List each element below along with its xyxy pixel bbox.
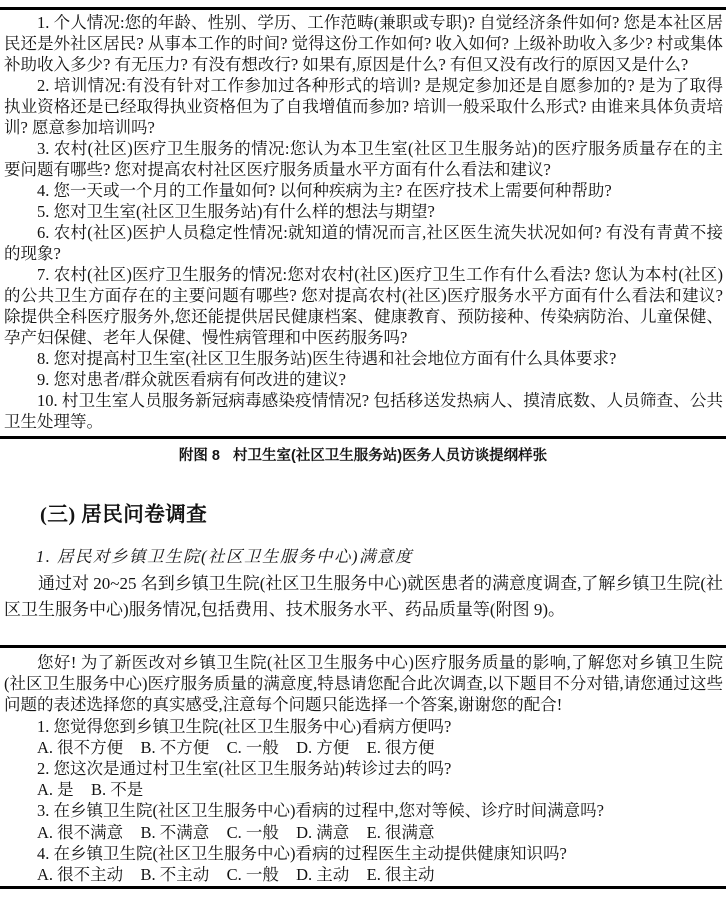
question-options: A. 很不方便B. 不方便C. 一般D. 方便E. 很方便	[4, 737, 723, 758]
question-option: B. 不满意	[140, 823, 209, 842]
document-page: 1. 个人情况:您的年龄、性别、学历、工作范畴(兼职或专职)? 自觉经济条件如何…	[0, 0, 726, 901]
interview-outline-item: 10. 村卫生室人员服务新冠病毒感染疫情情况? 包括移送发热病人、摸清底数、人员…	[4, 390, 723, 432]
interview-outline-item: 6. 农村(社区)医护人员稳定性情况:就知道的情况而言,社区医生流失状况如何? …	[4, 222, 723, 264]
interview-outline-item: 4. 您一天或一个月的工作量如何? 以何种疾病为主? 在医疗技术上需要何种帮助?	[4, 180, 723, 201]
horizontal-rule-top	[0, 7, 726, 10]
question-text: 2. 您这次是通过村卫生室(社区卫生服务站)转诊过去的吗?	[4, 758, 723, 779]
question-option: B. 不方便	[140, 738, 209, 757]
section-heading: (三) 居民问卷调查	[40, 497, 207, 527]
question-text: 4. 在乡镇卫生院(社区卫生服务中心)看病的过程医生主动提供健康知识吗?	[4, 843, 723, 864]
question-option: A. 很不满意	[37, 823, 123, 842]
question-option: D. 满意	[296, 823, 349, 842]
question-option: E. 很主动	[367, 865, 435, 884]
question-option: A. 很不方便	[37, 738, 123, 757]
horizontal-rule-above-caption	[0, 436, 726, 439]
question-options: A. 很不满意B. 不满意C. 一般D. 满意E. 很满意	[4, 822, 723, 843]
resident-questionnaire: 您好! 为了新医改对乡镇卫生院(社区卫生服务中心)医疗服务质量的影响,了解您对乡…	[4, 652, 723, 885]
questionnaire-intro: 您好! 为了新医改对乡镇卫生院(社区卫生服务中心)医疗服务质量的影响,了解您对乡…	[4, 652, 723, 716]
question-option: C. 一般	[227, 738, 279, 757]
section-paragraph: 通过对 20~25 名到乡镇卫生院(社区卫生服务中心)就医患者的满意度调查,了解…	[4, 571, 723, 623]
question-options: A. 很不主动B. 不主动C. 一般D. 主动E. 很主动	[4, 864, 723, 885]
question-option: A. 是	[37, 780, 74, 799]
interview-outline-list: 1. 个人情况:您的年龄、性别、学历、工作范畴(兼职或专职)? 自觉经济条件如何…	[4, 12, 723, 432]
interview-outline-item: 7. 农村(社区)医疗卫生服务的情况:您对农村(社区)医疗卫生工作有什么看法? …	[4, 264, 723, 348]
question-option: D. 方便	[296, 738, 349, 757]
interview-outline-item: 3. 农村(社区)医疗卫生服务的情况:您认为本卫生室(社区卫生服务站)的医疗服务…	[4, 138, 723, 180]
question-option: C. 一般	[227, 823, 279, 842]
question-text: 1. 您觉得您到乡镇卫生院(社区卫生服务中心)看病方便吗?	[4, 716, 723, 737]
interview-outline-item: 9. 您对患者/群众就医看病有何改进的建议?	[4, 369, 723, 390]
interview-outline-item: 5. 您对卫生室(社区卫生服务站)有什么样的想法与期望?	[4, 201, 723, 222]
figure-caption-text: 村卫生室(社区卫生服务站)医务人员访谈提纲样张	[233, 448, 547, 464]
question-option: D. 主动	[296, 865, 349, 884]
section-subheading: 1. 居民对乡镇卫生院(社区卫生服务中心)满意度	[36, 543, 722, 567]
questionnaire-questions: 1. 您觉得您到乡镇卫生院(社区卫生服务中心)看病方便吗? A. 很不方便B. …	[4, 716, 723, 886]
question-text: 3. 在乡镇卫生院(社区卫生服务中心)看病的过程中,您对等候、诊疗时间满意吗?	[4, 800, 723, 821]
question-options: A. 是B. 不是	[4, 779, 723, 800]
interview-outline-item: 1. 个人情况:您的年龄、性别、学历、工作范畴(兼职或专职)? 自觉经济条件如何…	[4, 12, 723, 75]
interview-outline-item: 2. 培训情况:有没有针对工作参加过各种形式的培训? 是规定参加还是自愿参加的?…	[4, 75, 723, 138]
question-option: E. 很满意	[367, 823, 435, 842]
question-option: E. 很方便	[367, 738, 435, 757]
horizontal-rule-bottom	[0, 886, 726, 889]
figure-caption: 附图 8村卫生室(社区卫生服务站)医务人员访谈提纲样张	[0, 444, 726, 465]
horizontal-rule-above-questionnaire	[0, 645, 726, 648]
interview-outline-item: 8. 您对提高村卫生室(社区卫生服务站)医生待遇和社会地位方面有什么具体要求?	[4, 348, 723, 369]
question-option: A. 很不主动	[37, 865, 123, 884]
question-option: C. 一般	[227, 865, 279, 884]
question-option: B. 不主动	[140, 865, 209, 884]
question-option: B. 不是	[91, 780, 143, 799]
figure-caption-label: 附图 8	[179, 448, 220, 464]
